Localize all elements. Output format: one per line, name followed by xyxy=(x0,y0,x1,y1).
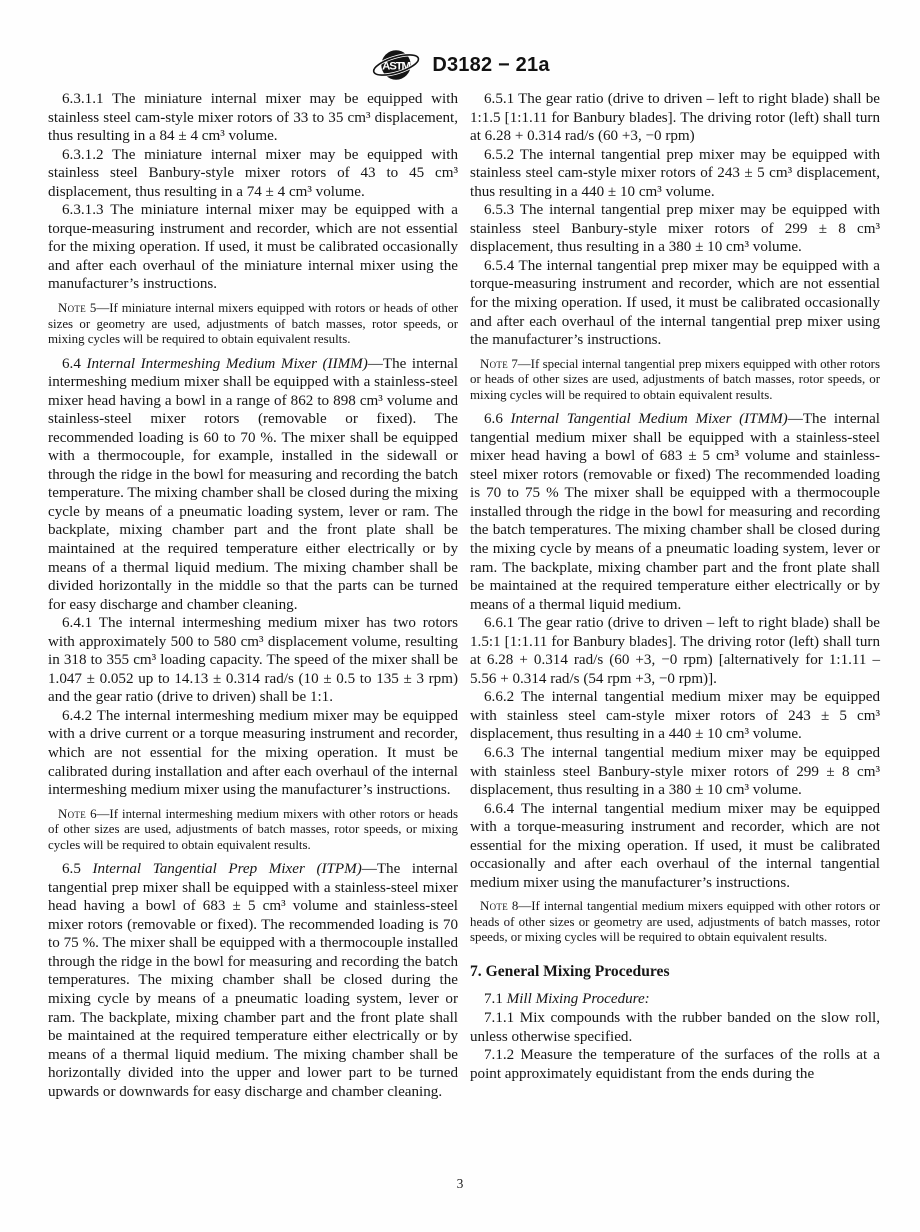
smallcaps-text: Note xyxy=(58,301,86,315)
italic-text: Internal Tangential Prep Mixer (ITPM) xyxy=(93,861,362,877)
body-paragraph: 7.1 Mill Mixing Procedure: xyxy=(470,990,880,1009)
section-lead-paragraph: 6.4 Internal Intermeshing Medium Mixer (… xyxy=(48,355,458,615)
text-run: —The internal intermeshing medium mixer … xyxy=(48,356,458,613)
page-header: ASTM D3182 − 21a xyxy=(0,46,920,84)
body-paragraph: 6.4.1 The internal intermeshing medium m… xyxy=(48,614,458,707)
text-run: 6.3.1.3 The miniature internal mixer may… xyxy=(48,202,458,292)
body-paragraph: 6.3.1.2 The miniature internal mixer may… xyxy=(48,146,458,202)
text-run: 6.3.1.2 The miniature internal mixer may… xyxy=(48,147,458,200)
text-run: 6.6 xyxy=(484,411,510,427)
text-run: 7.1.1 Mix compounds with the rubber band… xyxy=(470,1010,880,1045)
text-run: 8—If internal tangential medium mixers e… xyxy=(470,899,880,944)
text-run: —The internal tangential medium mixer sh… xyxy=(470,411,880,612)
page-number: 3 xyxy=(0,1176,920,1192)
note-paragraph: Note 8—If internal tangential medium mix… xyxy=(470,899,880,946)
right-column: 6.5.1 The gear ratio (drive to driven – … xyxy=(470,90,880,1083)
text-run: 6—If internal intermeshing medium mixers… xyxy=(48,807,458,852)
note-paragraph: Note 6—If internal intermeshing medium m… xyxy=(48,807,458,854)
body-paragraph: 6.6.3 The internal tangential medium mix… xyxy=(470,744,880,800)
italic-text: Internal Intermeshing Medium Mixer (IIMM… xyxy=(86,356,367,372)
body-paragraph: 7.1.2 Measure the temperature of the sur… xyxy=(470,1046,880,1083)
text-run: 7.1.2 Measure the temperature of the sur… xyxy=(470,1047,880,1082)
section-lead-paragraph: 6.5 Internal Tangential Prep Mixer (ITPM… xyxy=(48,860,458,1101)
text-run: 6.5.4 The internal tangential prep mixer… xyxy=(470,258,880,348)
body-paragraph: 6.5.4 The internal tangential prep mixer… xyxy=(470,257,880,350)
section-heading: 7. General Mixing Procedures xyxy=(470,963,880,982)
text-run: 5—If miniature internal mixers equipped … xyxy=(48,301,458,346)
text-run: 7. General Mixing Procedures xyxy=(470,963,670,980)
body-paragraph: 6.6.1 The gear ratio (drive to driven – … xyxy=(470,614,880,688)
text-run: 6.5.2 The internal tangential prep mixer… xyxy=(470,147,880,200)
body-paragraph: 6.6.4 The internal tangential medium mix… xyxy=(470,800,880,893)
document-page: ASTM D3182 − 21a 6.3.1.1 The miniature i… xyxy=(0,0,920,1232)
text-run: 7.1 xyxy=(484,991,507,1007)
body-paragraph: 6.6.2 The internal tangential medium mix… xyxy=(470,688,880,744)
text-run: 6.4 xyxy=(62,356,86,372)
body-paragraph: 6.5.1 The gear ratio (drive to driven – … xyxy=(470,90,880,146)
body-paragraph: 6.3.1.3 The miniature internal mixer may… xyxy=(48,201,458,294)
left-column: 6.3.1.1 The miniature internal mixer may… xyxy=(48,90,458,1101)
text-run: 6.4.1 The internal intermeshing medium m… xyxy=(48,615,458,705)
document-code: D3182 − 21a xyxy=(432,54,549,77)
text-run: 6.4.2 The internal intermeshing medium m… xyxy=(48,708,458,798)
smallcaps-text: Note xyxy=(480,899,508,913)
body-paragraph: 7.1.1 Mix compounds with the rubber band… xyxy=(470,1009,880,1046)
note-paragraph: Note 5—If miniature internal mixers equi… xyxy=(48,301,458,348)
smallcaps-text: Note xyxy=(58,807,86,821)
text-run: —The internal tangential prep mixer shal… xyxy=(48,861,458,1100)
body-paragraph: 6.4.2 The internal intermeshing medium m… xyxy=(48,707,458,800)
note-paragraph: Note 7—If special internal tangential pr… xyxy=(470,357,880,404)
text-run: 6.5.3 The internal tangential prep mixer… xyxy=(470,202,880,255)
italic-text: Internal Tangential Medium Mixer (ITMM) xyxy=(510,411,787,427)
text-run: 6.6.1 The gear ratio (drive to driven – … xyxy=(470,615,880,687)
text-run: 6.6.2 The internal tangential medium mix… xyxy=(470,689,880,742)
section-lead-paragraph: 6.6 Internal Tangential Medium Mixer (IT… xyxy=(470,410,880,614)
body-paragraph: 6.5.3 The internal tangential prep mixer… xyxy=(470,201,880,257)
italic-text: Mill Mixing Procedure: xyxy=(507,991,650,1007)
text-run: 6.5 xyxy=(62,861,93,877)
text-run: 6.6.3 The internal tangential medium mix… xyxy=(470,745,880,798)
astm-logo-icon: ASTM xyxy=(370,46,424,84)
text-run: 6.6.4 The internal tangential medium mix… xyxy=(470,801,880,891)
body-paragraph: 6.5.2 The internal tangential prep mixer… xyxy=(470,146,880,202)
smallcaps-text: Note xyxy=(480,357,508,371)
text-run: 7—If special internal tangential prep mi… xyxy=(470,357,880,402)
text-run: 6.3.1.1 The miniature internal mixer may… xyxy=(48,91,458,144)
text-run: 6.5.1 The gear ratio (drive to driven – … xyxy=(470,91,880,144)
body-paragraph: 6.3.1.1 The miniature internal mixer may… xyxy=(48,90,458,146)
